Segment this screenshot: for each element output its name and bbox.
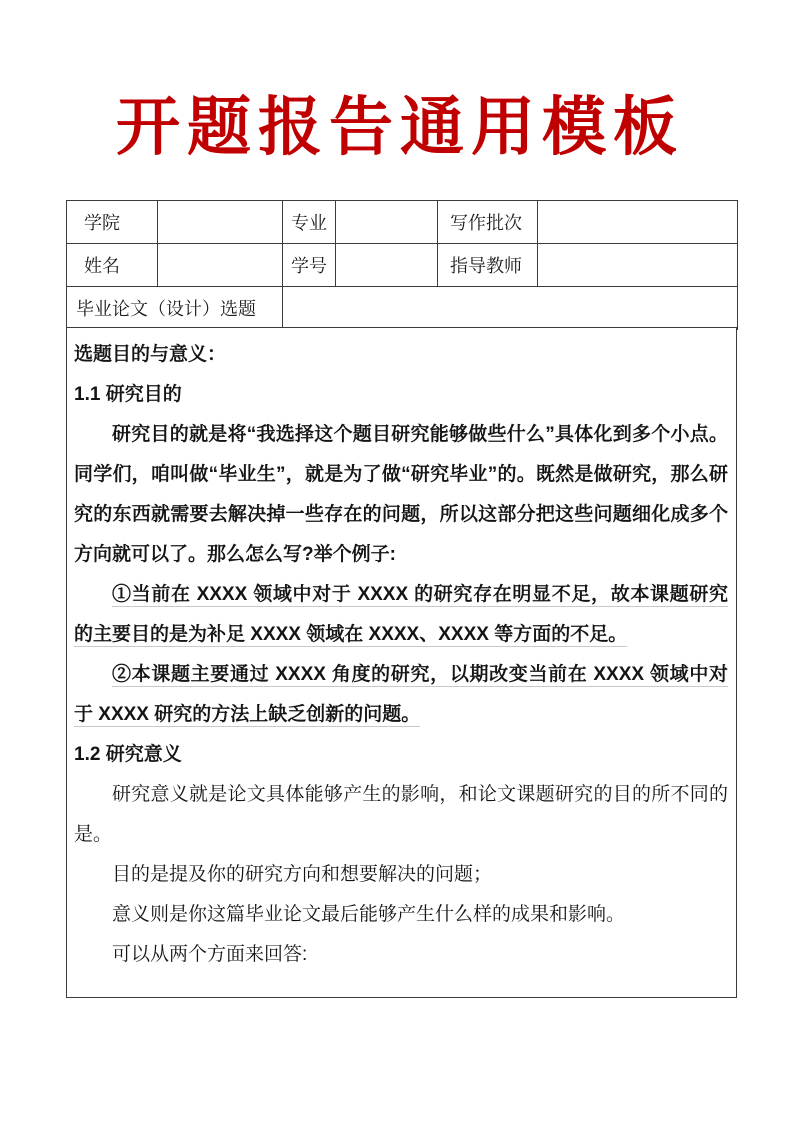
section-heading: 选题目的与意义： [74, 335, 728, 375]
document-page: 开题报告通用模板 学院 专业 写作批次 姓名 学号 指导教师 [0, 0, 800, 1131]
purpose-point-2: ②本课题主要通过 XXXX 角度的研究，以期改变当前在 XXXX 领域中对于 X… [74, 655, 728, 735]
subsection-1-2-title: 1.2 研究意义 [74, 735, 728, 775]
significance-paragraph-2: 目的是提及你的研究方向和想要解决的问题； [74, 855, 728, 895]
thesis-topic-label: 毕业论文（设计）选题 [67, 287, 283, 330]
name-label: 姓名 [67, 244, 158, 287]
purpose-point-1: ①当前在 XXXX 领域中对于 XXXX 的研究存在明显不足，故本课题研究的主要… [74, 575, 728, 655]
advisor-field[interactable] [538, 244, 738, 287]
writing-batch-field[interactable] [538, 201, 738, 244]
name-field[interactable] [158, 244, 283, 287]
table-row: 毕业论文（设计）选题 [67, 287, 738, 330]
college-field[interactable] [158, 201, 283, 244]
thesis-topic-field[interactable] [283, 287, 738, 330]
writing-batch-label: 写作批次 [438, 201, 538, 244]
table-row: 学院 专业 写作批次 [67, 201, 738, 244]
table-row: 姓名 学号 指导教师 [67, 244, 738, 287]
significance-paragraph-4: 可以从两个方面来回答: [74, 935, 728, 975]
document-title: 开题报告通用模板 [0, 90, 800, 167]
purpose-significance-section: 选题目的与意义： 1.1 研究目的 研究目的就是将“我选择这个题目研究能够做些什… [66, 327, 737, 998]
subsection-1-1-title: 1.1 研究目的 [74, 375, 728, 415]
student-info-table: 学院 专业 写作批次 姓名 学号 指导教师 毕业论文（设计）选题 [66, 200, 738, 330]
significance-paragraph-3: 意义则是你这篇毕业论文最后能够产生什么样的成果和影响。 [74, 895, 728, 935]
advisor-label: 指导教师 [438, 244, 538, 287]
student-id-label: 学号 [283, 244, 336, 287]
student-id-field[interactable] [336, 244, 438, 287]
significance-paragraph-1: 研究意义就是论文具体能够产生的影响，和论文课题研究的目的所不同的是。 [74, 775, 728, 855]
college-label: 学院 [67, 201, 158, 244]
major-field[interactable] [336, 201, 438, 244]
research-purpose-paragraph: 研究目的就是将“我选择这个题目研究能够做些什么”具体化到多个小点。同学们，咱叫做… [74, 415, 728, 575]
major-label: 专业 [283, 201, 336, 244]
